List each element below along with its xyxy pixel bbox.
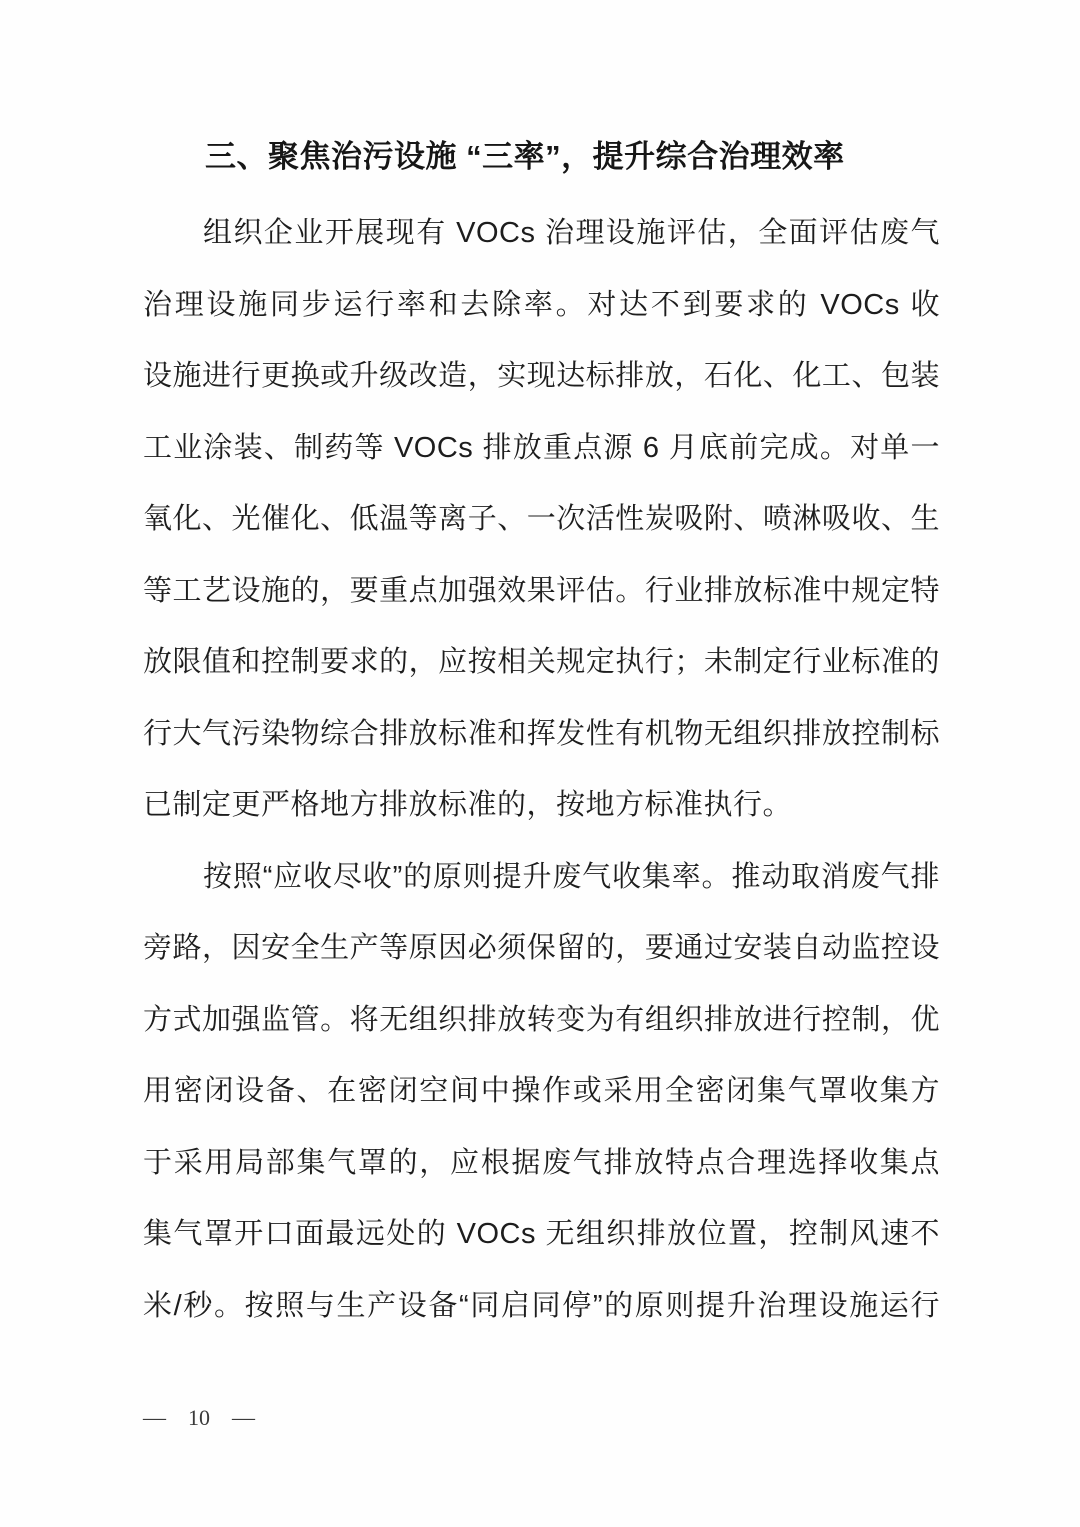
text-line: 米/秒。按照与生产设备“同启同停”的原则提升治理设施运行率。 [143, 1271, 940, 1343]
text-line: 方式加强监管。将无组织排放转变为有组织排放进行控制，优先采 [143, 985, 940, 1057]
text-line: 按照“应收尽收”的原则提升废气收集率。推动取消废气排放系统 [143, 842, 940, 914]
text-line: 集气罩开口面最远处的 VOCs 无组织排放位置，控制风速不低于 0.3 [143, 1199, 940, 1271]
text-line: 组织企业开展现有 VOCs 治理设施评估，全面评估废气收集率、 [143, 198, 940, 270]
text-line: 氧化、光催化、低温等离子、一次活性炭吸附、喷淋吸收、生物法 [143, 484, 940, 556]
section-heading: 三、聚焦治污设施 “三率”，提升综合治理效率 [143, 126, 940, 188]
text-line: 于采用局部集气罩的，应根据废气排放特点合理选择收集点位，距 [143, 1128, 940, 1200]
text-line: 放限值和控制要求的，应按相关规定执行；未制定行业标准的应执 [143, 627, 940, 699]
text-line: 用密闭设备、在密闭空间中操作或采用全密闭集气罩收集方式；对 [143, 1056, 940, 1128]
text-line: 已制定更严格地方排放标准的，按地方标准执行。 [143, 770, 940, 842]
text-line: 等工艺设施的，要重点加强效果评估。行业排放标准中规定特别排 [143, 556, 940, 628]
paragraph-1: 组织企业开展现有 VOCs 治理设施评估，全面评估废气收集率、 治理设施同步运行… [143, 198, 940, 842]
text-line: 旁路，因安全生产等原因必须保留的，要通过安装自动监控设施等 [143, 913, 940, 985]
footer-dash-left: — [143, 1405, 166, 1431]
page-footer: — 10 — [143, 1405, 255, 1431]
page-number: 10 [188, 1405, 210, 1431]
footer-dash-right: — [232, 1405, 255, 1431]
paragraph-2: 按照“应收尽收”的原则提升废气收集率。推动取消废气排放系统 旁路，因安全生产等原… [143, 842, 940, 1343]
document-content: 三、聚焦治污设施 “三率”，提升综合治理效率 组织企业开展现有 VOCs 治理设… [143, 126, 940, 1342]
text-line: 行大气污染物综合排放标准和挥发性有机物无组织排放控制标准； [143, 699, 940, 771]
text-line: 设施进行更换或升级改造，实现达标排放，石化、化工、包装印刷、 [143, 341, 940, 413]
document-page: 三、聚焦治污设施 “三率”，提升综合治理效率 组织企业开展现有 VOCs 治理设… [0, 0, 1080, 1527]
text-line: 治理设施同步运行率和去除率。对达不到要求的 VOCs 收集、治理 [143, 270, 940, 342]
text-line: 工业涂装、制药等 VOCs 排放重点源 6 月底前完成。对单一采用光 [143, 413, 940, 485]
